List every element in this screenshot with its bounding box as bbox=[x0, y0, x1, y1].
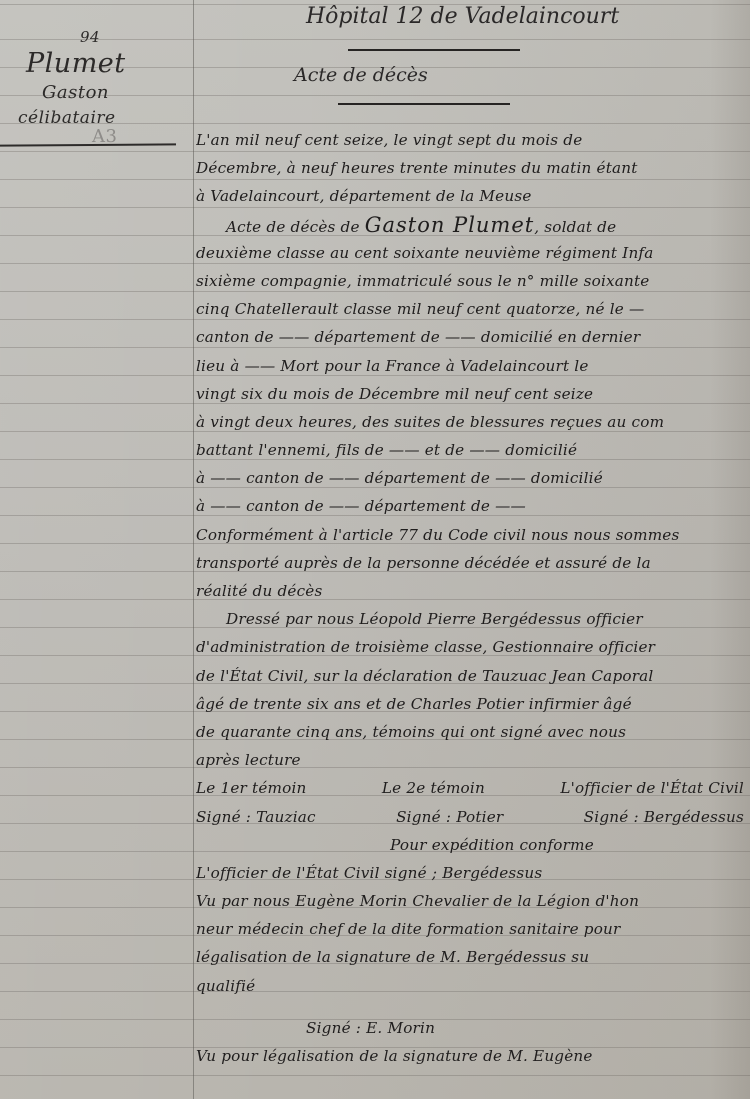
body-line: qualifié bbox=[196, 972, 748, 1000]
body-line: Décembre, à neuf heures trente minutes d… bbox=[196, 154, 748, 182]
body-line: cinq Chatellerault classe mil neuf cent … bbox=[196, 295, 748, 323]
body-line: après lecture bbox=[196, 746, 748, 774]
final-signature: Signé : E. Morin bbox=[196, 1014, 748, 1042]
margin-column: 94 Plumet Gaston célibataire A3 bbox=[0, 0, 193, 1099]
body-line: sixième compagnie, immatriculé sous le n… bbox=[196, 267, 748, 295]
act-intro-tail: , soldat de bbox=[534, 218, 616, 236]
officer-signed-line: L'officier de l'État Civil signé ; Bergé… bbox=[196, 859, 748, 887]
signature-values-row: Signé : Tauziac Signé : Potier Signé : B… bbox=[196, 803, 748, 831]
body-line: canton de —— département de —— domicilié… bbox=[196, 323, 748, 351]
body-line: Vu par nous Eugène Morin Chevalier de la… bbox=[196, 887, 748, 915]
body-line: Dressé par nous Léopold Pierre Bergédess… bbox=[196, 605, 748, 633]
body-line: neur médecin chef de la dite formation s… bbox=[196, 915, 748, 943]
main-column: Hôpital 12 de Vadelaincourt Acte de décè… bbox=[196, 0, 750, 1099]
expedition-line: Pour expédition conforme bbox=[196, 831, 748, 859]
register-page: 94 Plumet Gaston célibataire A3 Hôpital … bbox=[0, 0, 750, 1099]
body-line: réalité du décès bbox=[196, 577, 748, 605]
officer-signature: Signé : Bergédessus bbox=[584, 803, 744, 831]
body-line: âgé de trente six ans et de Charles Poti… bbox=[196, 690, 748, 718]
margin-rule bbox=[193, 0, 194, 1099]
signature-headers-row: Le 1er témoin Le 2e témoin L'officier de… bbox=[196, 774, 748, 802]
body-line: à —— canton de —— département de —— bbox=[196, 492, 748, 520]
body-line: à vingt deux heures, des suites de bless… bbox=[196, 408, 748, 436]
title-underline bbox=[338, 103, 510, 105]
last-line: Vu pour légalisation de la signature de … bbox=[196, 1042, 748, 1070]
witness-2-signature: Signé : Potier bbox=[396, 803, 503, 831]
entry-number: 94 bbox=[80, 28, 100, 46]
body-line: L'an mil neuf cent seize, le vingt sept … bbox=[196, 126, 748, 154]
body-line: d'administration de troisième classe, Ge… bbox=[196, 633, 748, 661]
body-line: de quarante cinq ans, témoins qui ont si… bbox=[196, 718, 748, 746]
witness-1-signature: Signé : Tauziac bbox=[196, 803, 316, 831]
body-line: à —— canton de —— département de —— domi… bbox=[196, 464, 748, 492]
body-line: deuxième classe au cent soixante neuvièm… bbox=[196, 239, 748, 267]
body-line: transporté auprès de la personne décédée… bbox=[196, 549, 748, 577]
margin-forename: Gaston bbox=[42, 82, 109, 103]
body-line: vingt six du mois de Décembre mil neuf c… bbox=[196, 380, 748, 408]
deceased-name: Gaston Plumet bbox=[365, 213, 535, 237]
body-line: à Vadelaincourt, département de la Meuse bbox=[196, 182, 748, 210]
body-line: Conformément à l'article 77 du Code civi… bbox=[196, 521, 748, 549]
body-line: légalisation de la signature de M. Bergé… bbox=[196, 943, 748, 971]
body-line: battant l'ennemi, fils de —— et de —— do… bbox=[196, 436, 748, 464]
witness-1-label: Le 1er témoin bbox=[196, 774, 307, 802]
act-intro-line: Acte de décès de Gaston Plumet, soldat d… bbox=[196, 211, 748, 239]
act-body: L'an mil neuf cent seize, le vingt sept … bbox=[196, 126, 748, 1070]
margin-marital-status: célibataire bbox=[18, 108, 116, 128]
act-title: Acte de décès bbox=[294, 64, 428, 86]
margin-underline bbox=[0, 143, 176, 146]
heading-underline bbox=[348, 49, 520, 51]
body-line: lieu à —— Mort pour la France à Vadelain… bbox=[196, 352, 748, 380]
margin-surname: Plumet bbox=[26, 48, 126, 79]
witness-2-label: Le 2e témoin bbox=[382, 774, 485, 802]
body-line: de l'État Civil, sur la déclaration de T… bbox=[196, 662, 748, 690]
hospital-heading: Hôpital 12 de Vadelaincourt bbox=[306, 4, 619, 29]
officer-label: L'officier de l'État Civil bbox=[560, 774, 744, 802]
act-intro: Acte de décès de bbox=[226, 218, 360, 236]
